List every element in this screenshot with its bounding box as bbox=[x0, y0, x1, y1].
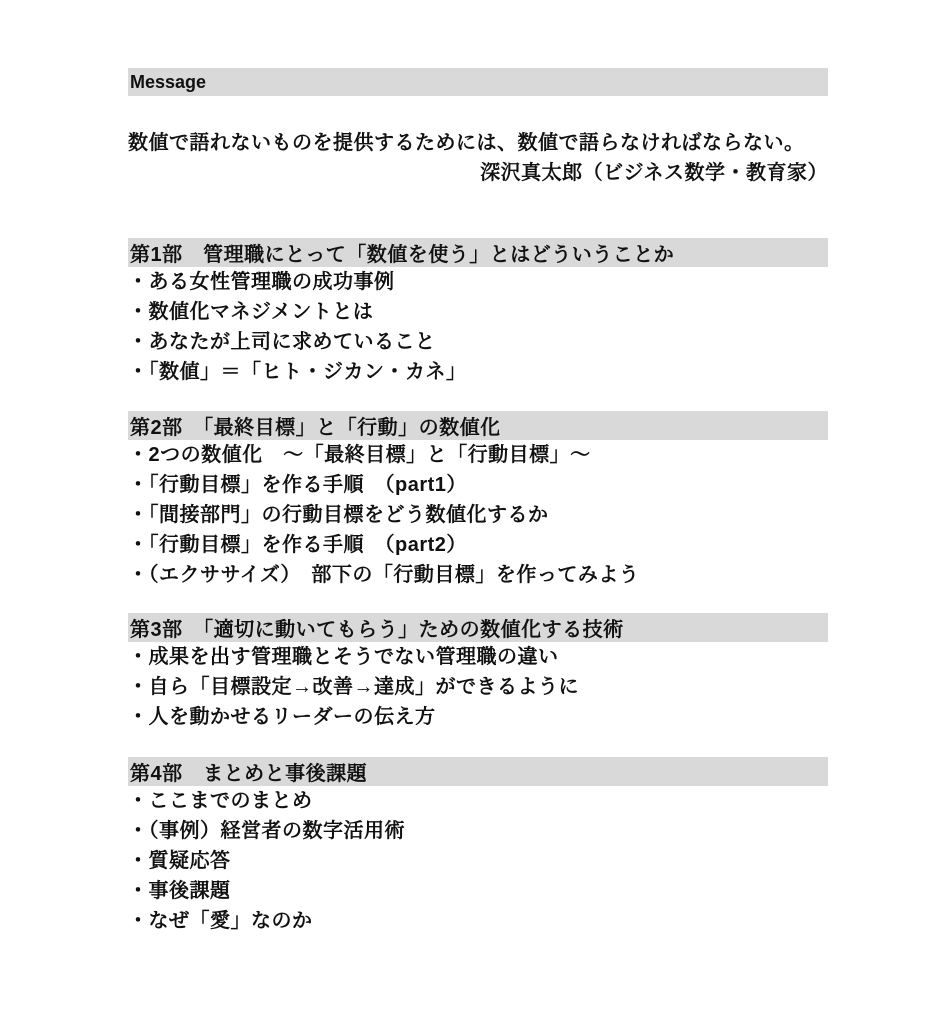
section-part3-items: ・成果を出す管理職とそうでない管理職の違い ・自ら「目標設定→改善→達成」ができ… bbox=[128, 642, 828, 732]
list-item: ・なぜ「愛」なのか bbox=[128, 906, 828, 936]
section-part2-title-bar: 第2部 「最終目標」と「行動」の数値化 bbox=[128, 411, 828, 440]
quote-attribution: 深沢真太郎（ビジネス数学・教育家） bbox=[128, 158, 828, 188]
list-item: ・（事例）経営者の数字活用術 bbox=[128, 816, 828, 846]
section-part4-items: ・ここまでのまとめ ・（事例）経営者の数字活用術 ・質疑応答 ・事後課題 ・なぜ… bbox=[128, 786, 828, 936]
message-header-bar: Message bbox=[128, 68, 828, 96]
list-item: ・2つの数値化 ～「最終目標」と「行動目標」～ bbox=[128, 440, 828, 470]
list-item: ・あなたが上司に求めていること bbox=[128, 327, 828, 357]
section-part1: 第1部 管理職にとって「数値を使う」とはどういうことか ・ある女性管理職の成功事… bbox=[128, 238, 828, 387]
list-item: ・質疑応答 bbox=[128, 846, 828, 876]
list-item: ・（エクササイズ） 部下の「行動目標」を作ってみよう bbox=[128, 560, 828, 590]
list-item: ・「数値」＝「ヒト・ジカン・カネ」 bbox=[128, 357, 828, 387]
section-part4-title-bar: 第4部 まとめと事後課題 bbox=[128, 757, 828, 786]
list-item: ・数値化マネジメントとは bbox=[128, 297, 828, 327]
section-part3-title: 第3部 「適切に動いてもらう」ための数値化する技術 bbox=[130, 613, 624, 642]
section-part2-items: ・2つの数値化 ～「最終目標」と「行動目標」～ ・「行動目標」を作る手順 （pa… bbox=[128, 440, 828, 590]
section-part4: 第4部 まとめと事後課題 ・ここまでのまとめ ・（事例）経営者の数字活用術 ・質… bbox=[128, 757, 828, 936]
section-part3: 第3部 「適切に動いてもらう」ための数値化する技術 ・成果を出す管理職とそうでな… bbox=[128, 613, 828, 732]
list-item: ・自ら「目標設定→改善→達成」ができるように bbox=[128, 672, 828, 702]
section-part1-title: 第1部 管理職にとって「数値を使う」とはどういうことか bbox=[130, 238, 674, 267]
message-header-label: Message bbox=[130, 72, 206, 93]
list-item: ・事後課題 bbox=[128, 876, 828, 906]
section-part4-title: 第4部 まとめと事後課題 bbox=[130, 757, 367, 786]
list-item: ・「間接部門」の行動目標をどう数値化するか bbox=[128, 500, 828, 530]
document-page: Message 数値で語れないものを提供するためには、数値で語らなければならない… bbox=[128, 0, 828, 936]
list-item: ・ある女性管理職の成功事例 bbox=[128, 267, 828, 297]
quote-text: 数値で語れないものを提供するためには、数値で語らなければならない。 bbox=[128, 128, 828, 158]
list-item: ・「行動目標」を作る手順 （part1） bbox=[128, 470, 828, 500]
section-part1-items: ・ある女性管理職の成功事例 ・数値化マネジメントとは ・あなたが上司に求めている… bbox=[128, 267, 828, 387]
section-part1-title-bar: 第1部 管理職にとって「数値を使う」とはどういうことか bbox=[128, 238, 828, 267]
section-part3-title-bar: 第3部 「適切に動いてもらう」ための数値化する技術 bbox=[128, 613, 828, 642]
list-item: ・「行動目標」を作る手順 （part2） bbox=[128, 530, 828, 560]
section-part2-title: 第2部 「最終目標」と「行動」の数値化 bbox=[130, 411, 501, 440]
list-item: ・成果を出す管理職とそうでない管理職の違い bbox=[128, 642, 828, 672]
list-item: ・人を動かせるリーダーの伝え方 bbox=[128, 702, 828, 732]
section-part2: 第2部 「最終目標」と「行動」の数値化 ・2つの数値化 ～「最終目標」と「行動目… bbox=[128, 411, 828, 590]
list-item: ・ここまでのまとめ bbox=[128, 786, 828, 816]
